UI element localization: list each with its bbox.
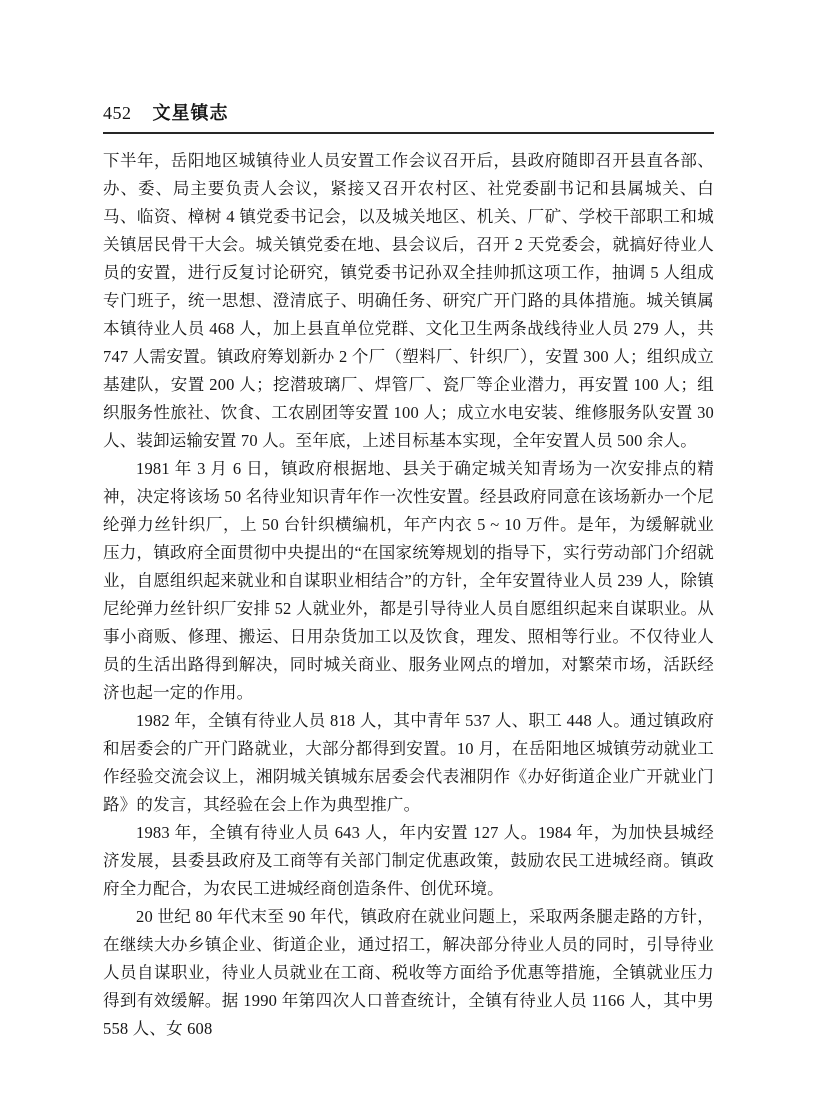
paragraph-2: 1981 年 3 月 6 日，镇政府根据地、县关于确定城关知青场为一次安排点的精… [103, 455, 714, 707]
page-header: 452 文星镇志 [103, 99, 714, 134]
page-number: 452 [103, 103, 132, 124]
book-title: 文星镇志 [153, 99, 229, 125]
body-text: 下半年，岳阳地区城镇待业人员安置工作会议召开后，县政府随即召开县直各部、办、委、… [103, 147, 714, 1043]
paragraph-3: 1982 年，全镇有待业人员 818 人，其中青年 537 人、职工 448 人… [103, 707, 714, 819]
paragraph-4: 1983 年，全镇有待业人员 643 人，年内安置 127 人。1984 年，为… [103, 819, 714, 903]
document-page: 452 文星镇志 下半年，岳阳地区城镇待业人员安置工作会议召开后，县政府随即召开… [0, 0, 816, 1099]
paragraph-5: 20 世纪 80 年代末至 90 年代，镇政府在就业问题上，采取两条腿走路的方针… [103, 903, 714, 1043]
paragraph-1: 下半年，岳阳地区城镇待业人员安置工作会议召开后，县政府随即召开县直各部、办、委、… [103, 147, 714, 455]
